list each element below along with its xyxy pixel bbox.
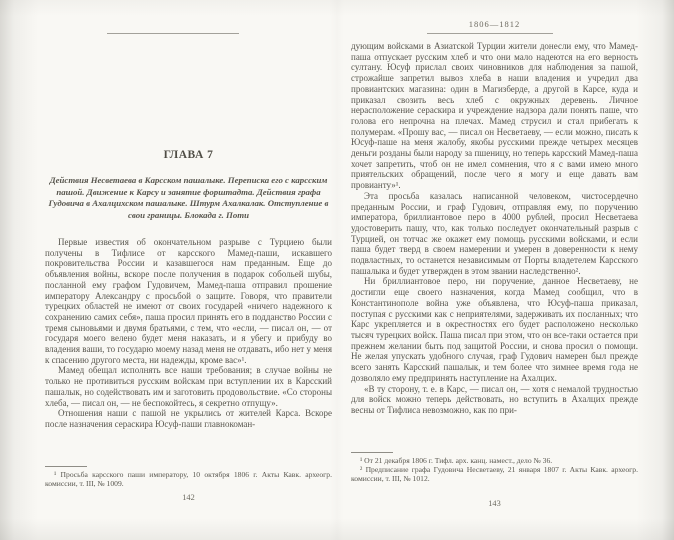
paragraph: Ни бриллиантовое перо, ни поручение, дан… [351, 276, 638, 383]
footnote: ¹ Просьба карсского паши императору, 10 … [45, 470, 332, 488]
footnote-separator-rule [351, 452, 393, 453]
footnote: ¹ От 21 декабря 1806 г. Тифл. арх. канц.… [351, 456, 638, 465]
running-head-years: 1806—1812 [351, 19, 638, 29]
paragraph: Первые известия об окончательном разрыве… [45, 237, 332, 365]
chapter-title: ГЛАВА 7 [45, 149, 332, 161]
page-number-right: 143 [351, 499, 638, 508]
paragraph: Эта просьба казалась написанной человеко… [351, 191, 638, 277]
page-left: ГЛАВА 7 Действия Несветаева в Карсском п… [45, 0, 332, 540]
footnote: ² Предписание графа Гудовича Несветаеву,… [351, 465, 638, 483]
left-page-footnotes: ¹ Просьба карсского паши императору, 10 … [45, 466, 332, 488]
left-page-body: Первые известия об окончательном разрыве… [45, 237, 332, 430]
paragraph: Отношения наши с пашой не укрылись от жи… [45, 408, 332, 429]
running-head-rule-right [427, 33, 553, 34]
book-spread: ГЛАВА 7 Действия Несветаева в Карсском п… [0, 0, 674, 540]
right-page-body: дующим войсками в Азиатской Турции жител… [351, 41, 638, 416]
chapter-subtitle: Действия Несветаева в Карсском пашалыке.… [47, 175, 330, 221]
page-number-left: 142 [45, 493, 332, 502]
paragraph: Мамед обещал исполнять все наши требован… [45, 365, 332, 408]
running-head-rule-left [107, 33, 239, 34]
paragraph: дующим войсками в Азиатской Турции жител… [351, 41, 638, 191]
page-right: 1806—1812 дующим войсками в Азиатской Ту… [351, 0, 638, 540]
footnote-separator-rule [45, 466, 87, 467]
right-page-footnotes: ¹ От 21 декабря 1806 г. Тифл. арх. канц.… [351, 452, 638, 484]
paragraph: «В ту сторону, т. е. в Карс, — писал он,… [351, 384, 638, 416]
